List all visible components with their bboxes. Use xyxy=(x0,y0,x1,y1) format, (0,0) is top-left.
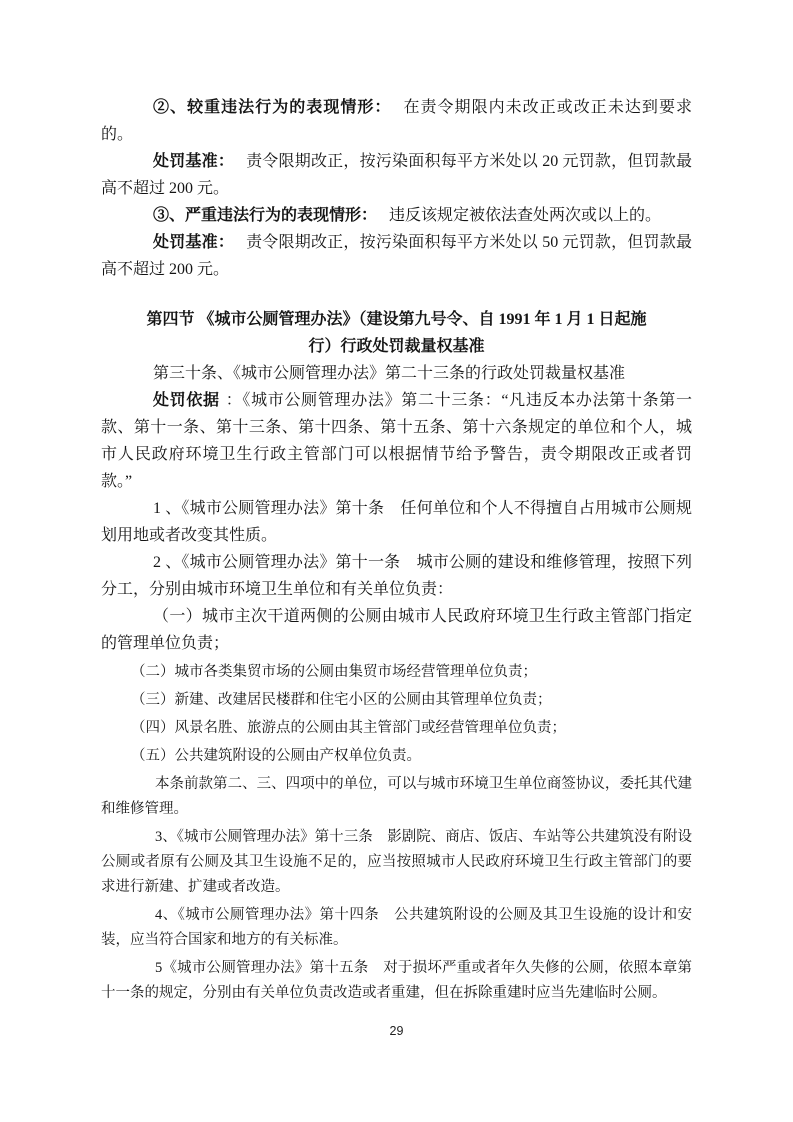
penalty-basis-label: 处罚依据 xyxy=(153,392,220,409)
document-body: ②、较重违法行为的表现情形：在责令期限内未改正或改正未达到要求的。 处罚基准：责… xyxy=(101,94,692,1006)
paragraph-penalty-basis: 处罚依据：《城市公厕管理办法》第二十三条：“凡违反本办法第十条第一款、第十一条、… xyxy=(101,387,692,495)
clause2-text: 2 、《城市公厕管理办法》第十一条 城市公厕的建设和维修管理，按照下列分工，分别… xyxy=(101,554,692,598)
clause3-text: 3、《城市公厕管理办法》第十三条 影剧院、商店、饭店、车站等公共建筑没有附设公厕… xyxy=(101,829,692,895)
paragraph-sub-item5: （五）公共建筑附设的公厕由产权单位负责。 xyxy=(101,744,692,769)
item3-situation-label: ③、严重违法行为的表现情形： xyxy=(153,207,377,224)
section-heading-line1: 第四节 《城市公厕管理办法》（建设第九号令、自 1991 年 1 月 1 日起施 xyxy=(101,306,692,333)
paragraph-clause5: 5《城市公厕管理办法》第十五条 对于损坏严重或者年久失修的公厕，依照本章第十一条… xyxy=(101,956,692,1006)
paragraph-item2-situation: ②、较重违法行为的表现情形：在责令期限内未改正或改正未达到要求的。 xyxy=(101,94,692,148)
clause5-text: 5《城市公厕管理办法》第十五条 对于损坏严重或者年久失修的公厕，依照本章第十一条… xyxy=(101,960,692,1001)
item3-basis-label: 处罚基准： xyxy=(153,234,234,251)
clause1-text: 1 、《城市公厕管理办法》第十条 任何单位和个人不得擅自占用城市公厕规划用地或者… xyxy=(101,500,692,544)
paragraph-sub-item3: （三）新建、改建居民楼群和住宅小区的公厕由其管理单位负责； xyxy=(101,688,692,713)
document-page: ②、较重违法行为的表现情形：在责令期限内未改正或改正未达到要求的。 处罚基准：责… xyxy=(0,0,793,1122)
item2-situation-label: ②、较重违法行为的表现情形： xyxy=(153,99,391,116)
page-number: 29 xyxy=(0,1024,793,1038)
paragraph-item2-basis: 处罚基准：责令限期改正，按污染面积每平方米处以 20 元罚款，但罚款最高不超过 … xyxy=(101,148,692,202)
paragraph-clause3: 3、《城市公厕管理办法》第十三条 影剧院、商店、饭店、车站等公共建筑没有附设公厕… xyxy=(101,825,692,900)
paragraph-sub-note: 本条前款第二、三、四项中的单位，可以与城市环境卫生单位商签协议，委托其代建和维修… xyxy=(101,772,692,822)
sub-item3-text: （三）新建、改建居民楼群和住宅小区的公厕由其管理单位负责； xyxy=(131,692,552,708)
sub-item5-text: （五）公共建筑附设的公厕由产权单位负责。 xyxy=(131,748,421,764)
sub-item4-text: （四）风景名胜、旅游点的公厕由其主管部门或经营管理单位负责； xyxy=(131,720,566,736)
item3-situation-text: 违反该规定被依法查处两次或以上的。 xyxy=(389,207,661,224)
section-heading-line2: 行）行政处罚裁量权基准 xyxy=(101,333,692,360)
paragraph-sub-item1: （一）城市主次干道两侧的公厕由城市人民政府环境卫生行政主管部门指定的管理单位负责… xyxy=(101,603,692,657)
sub-item2-text: （二）城市各类集贸市场的公厕由集贸市场经营管理单位负责； xyxy=(131,664,537,680)
paragraph-sub-item4: （四）风景名胜、旅游点的公厕由其主管部门或经营管理单位负责； xyxy=(101,716,692,741)
paragraph-clause1: 1 、《城市公厕管理办法》第十条 任何单位和个人不得擅自占用城市公厕规划用地或者… xyxy=(101,495,692,549)
sub-note-text: 本条前款第二、三、四项中的单位，可以与城市环境卫生单位商签协议，委托其代建和维修… xyxy=(101,776,692,817)
paragraph-item3-situation: ③、严重违法行为的表现情形：违反该规定被依法查处两次或以上的。 xyxy=(101,202,692,229)
paragraph-article30-title: 第三十条、《城市公厕管理办法》第二十三条的行政处罚裁量权基准 xyxy=(101,360,692,387)
section-heading: 第四节 《城市公厕管理办法》（建设第九号令、自 1991 年 1 月 1 日起施… xyxy=(101,306,692,360)
item2-basis-label: 处罚基准： xyxy=(153,153,234,170)
clause4-text: 4、《城市公厕管理办法》第十四条 公共建筑附设的公厕及其卫生设施的设计和安装，应… xyxy=(101,907,692,948)
paragraph-clause4: 4、《城市公厕管理办法》第十四条 公共建筑附设的公厕及其卫生设施的设计和安装，应… xyxy=(101,903,692,953)
sub-item1-text: （一）城市主次干道两侧的公厕由城市人民政府环境卫生行政主管部门指定的管理单位负责… xyxy=(101,608,692,652)
paragraph-clause2: 2 、《城市公厕管理办法》第十一条 城市公厕的建设和维修管理，按照下列分工，分别… xyxy=(101,549,692,603)
paragraph-sub-item2: （二）城市各类集贸市场的公厕由集贸市场经营管理单位负责； xyxy=(101,660,692,685)
article30-title-text: 第三十条、《城市公厕管理办法》第二十三条的行政处罚裁量权基准 xyxy=(153,365,625,382)
paragraph-item3-basis: 处罚基准：责令限期改正，按污染面积每平方米处以 50 元罚款，但罚款最高不超过 … xyxy=(101,229,692,283)
